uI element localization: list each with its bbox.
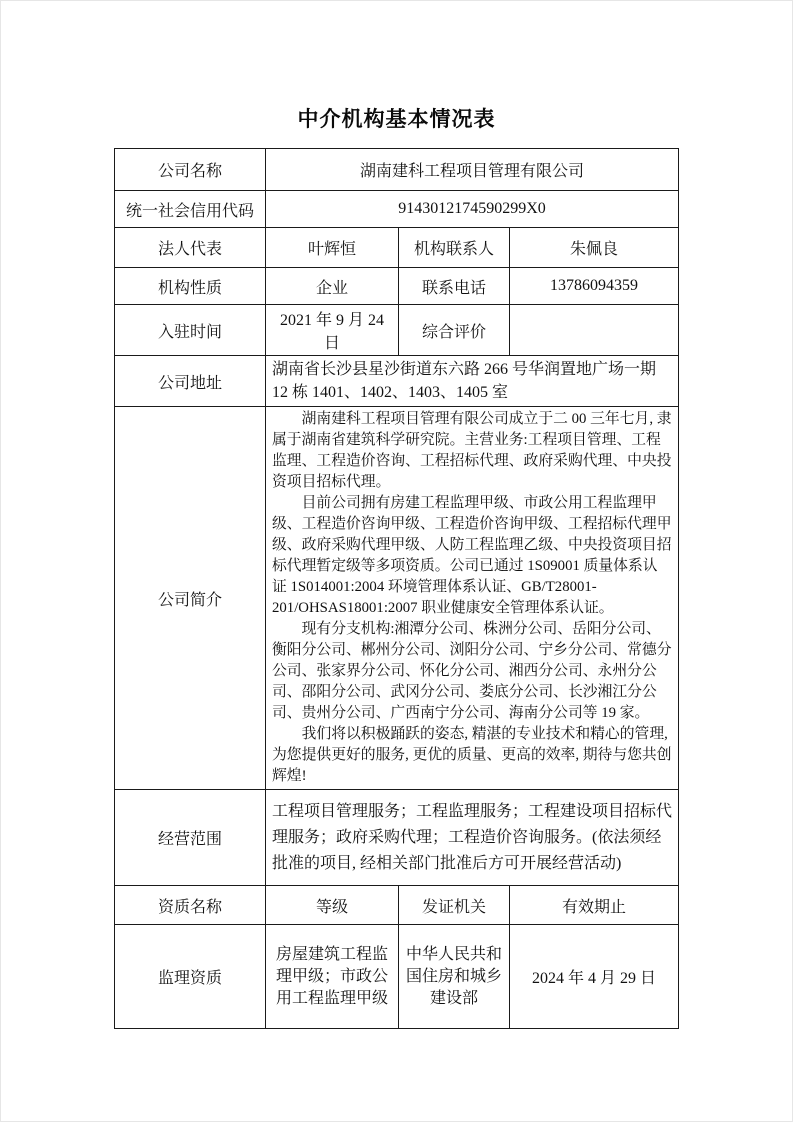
profile-paragraph-1: 湖南建科工程项目管理有限公司成立于二 00 三年七月, 隶属于湖南省建筑科学研究… (272, 409, 672, 493)
address-value: 湖南省长沙县星沙街道东六路 266 号华润置地广场一期 12 栋 1401、14… (266, 356, 679, 407)
credit-code-row: 统一社会信用代码 9143012174590299X0 (115, 191, 679, 228)
phone-value: 13786094359 (510, 268, 679, 305)
phone-label: 联系电话 (399, 268, 510, 305)
entry-date-label: 入驻时间 (115, 305, 266, 356)
qualification-valid-header: 有效期止 (510, 886, 679, 925)
legal-rep-row: 法人代表 叶辉恒 机构联系人 朱佩良 (115, 228, 679, 268)
qualification-header-row: 资质名称 等级 发证机关 有效期止 (115, 886, 679, 925)
org-nature-label: 机构性质 (115, 268, 266, 305)
qualification-valid-value: 2024 年 4 月 29 日 (510, 925, 679, 1029)
business-scope-value: 工程项目管理服务；工程监理服务；工程建设项目招标代理服务；政府采购代理；工程造价… (266, 790, 679, 886)
company-name-label: 公司名称 (115, 149, 266, 191)
legal-rep-label: 法人代表 (115, 228, 266, 268)
company-name-value: 湖南建科工程项目管理有限公司 (266, 149, 679, 191)
entry-date-row: 入驻时间 2021 年 9 月 24 日 综合评价 (115, 305, 679, 356)
business-scope-label: 经营范围 (115, 790, 266, 886)
entry-date-value: 2021 年 9 月 24 日 (266, 305, 399, 356)
address-row: 公司地址 湖南省长沙县星沙街道东六路 266 号华润置地广场一期 12 栋 14… (115, 356, 679, 407)
qualification-grade-value: 房屋建筑工程监理甲级；市政公用工程监理甲级 (266, 925, 399, 1029)
credit-code-value: 9143012174590299X0 (266, 191, 679, 228)
evaluation-value (510, 305, 679, 356)
qualification-authority-header: 发证机关 (399, 886, 510, 925)
qualification-name-header: 资质名称 (115, 886, 266, 925)
profile-text: 湖南建科工程项目管理有限公司成立于二 00 三年七月, 隶属于湖南省建筑科学研究… (266, 407, 679, 790)
profile-row: 公司简介 湖南建科工程项目管理有限公司成立于二 00 三年七月, 隶属于湖南省建… (115, 407, 679, 790)
business-scope-row: 经营范围 工程项目管理服务；工程监理服务；工程建设项目招标代理服务；政府采购代理… (115, 790, 679, 886)
credit-code-label: 统一社会信用代码 (115, 191, 266, 228)
qualification-name-value: 监理资质 (115, 925, 266, 1029)
evaluation-label: 综合评价 (399, 305, 510, 356)
profile-label: 公司简介 (115, 407, 266, 790)
qualification-row: 监理资质 房屋建筑工程监理甲级；市政公用工程监理甲级 中华人民共和国住房和城乡建… (115, 925, 679, 1029)
agency-info-table: 公司名称 湖南建科工程项目管理有限公司 统一社会信用代码 91430121745… (114, 148, 679, 1029)
profile-paragraph-4: 我们将以积极踊跃的姿态, 精湛的专业技术和精心的管理, 为您提供更好的服务, 更… (272, 724, 672, 787)
contact-person-label: 机构联系人 (399, 228, 510, 268)
org-nature-value: 企业 (266, 268, 399, 305)
legal-rep-value: 叶辉恒 (266, 228, 399, 268)
address-label: 公司地址 (115, 356, 266, 407)
contact-person-value: 朱佩良 (510, 228, 679, 268)
page-title: 中介机构基本情况表 (1, 103, 792, 133)
company-name-row: 公司名称 湖南建科工程项目管理有限公司 (115, 149, 679, 191)
qualification-grade-header: 等级 (266, 886, 399, 925)
profile-paragraph-3: 现有分支机构:湘潭分公司、株洲分公司、岳阳分公司、衡阳分公司、郴州分公司、浏阳分… (272, 619, 672, 724)
document-page: 中介机构基本情况表 公司名称 湖南建科工程项目管理有限公司 统一社会信用代码 9… (0, 0, 793, 1122)
org-nature-row: 机构性质 企业 联系电话 13786094359 (115, 268, 679, 305)
profile-paragraph-2: 目前公司拥有房建工程监理甲级、市政公用工程监理甲级、工程造价咨询甲级、工程造价咨… (272, 493, 672, 619)
qualification-authority-value: 中华人民共和国住房和城乡建设部 (399, 925, 510, 1029)
